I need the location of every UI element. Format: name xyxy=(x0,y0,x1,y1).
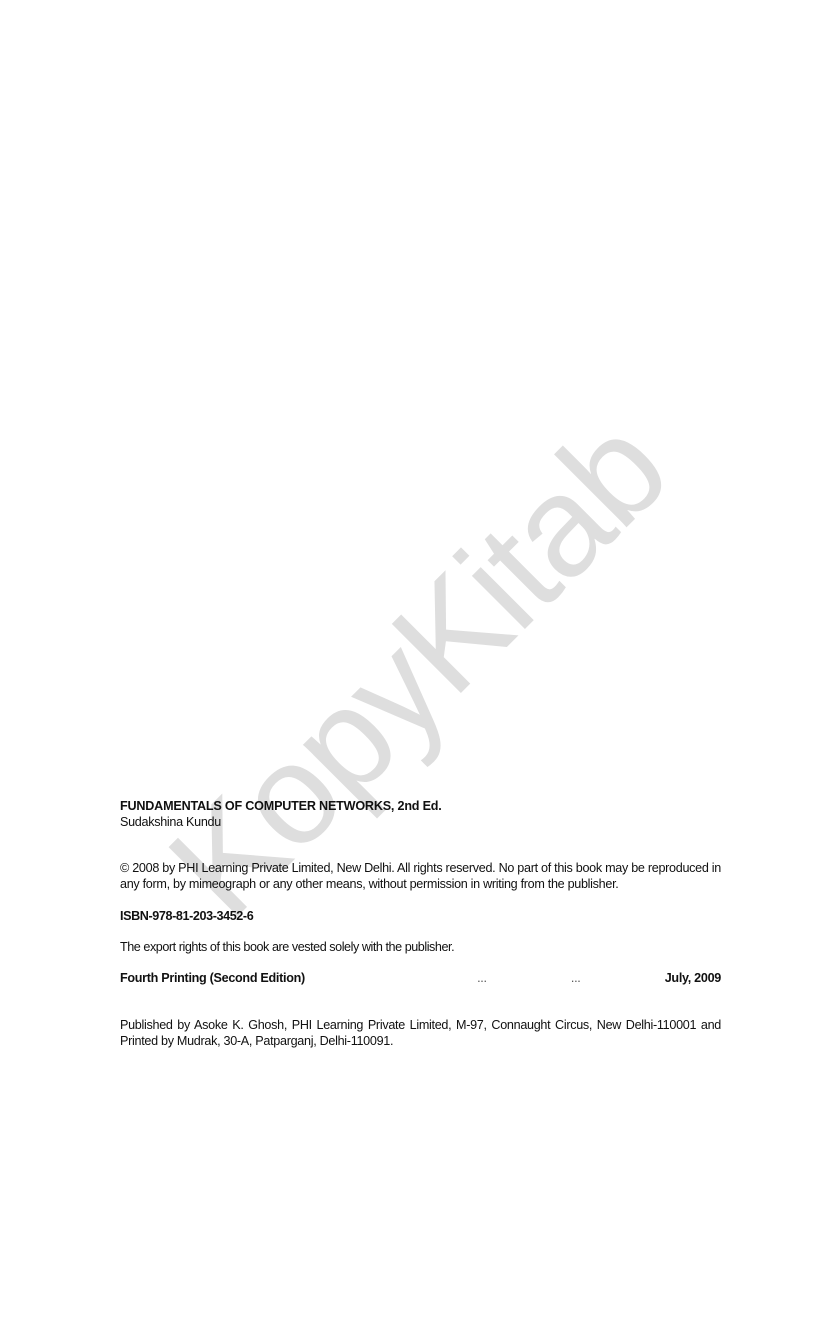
export-notice: The export rights of this book are veste… xyxy=(120,939,721,955)
imprint-page: FUNDAMENTALS OF COMPUTER NETWORKS, 2nd E… xyxy=(120,798,721,1049)
book-title: FUNDAMENTALS OF COMPUTER NETWORKS, 2nd E… xyxy=(120,798,721,814)
book-author: Sudakshina Kundu xyxy=(120,814,721,830)
isbn: ISBN-978-81-203-3452-6 xyxy=(120,908,721,924)
printing-separator: ... xyxy=(477,970,487,986)
copyright-notice: © 2008 by PHI Learning Private Limited, … xyxy=(120,860,721,892)
printing-line: Fourth Printing (Second Edition) ... ...… xyxy=(120,970,721,986)
printing-separator: ... xyxy=(571,970,581,986)
printing-edition: Fourth Printing (Second Edition) xyxy=(120,970,305,986)
publisher-notice: Published by Asoke K. Ghosh, PHI Learnin… xyxy=(120,1017,721,1049)
printing-date: July, 2009 xyxy=(665,970,721,986)
